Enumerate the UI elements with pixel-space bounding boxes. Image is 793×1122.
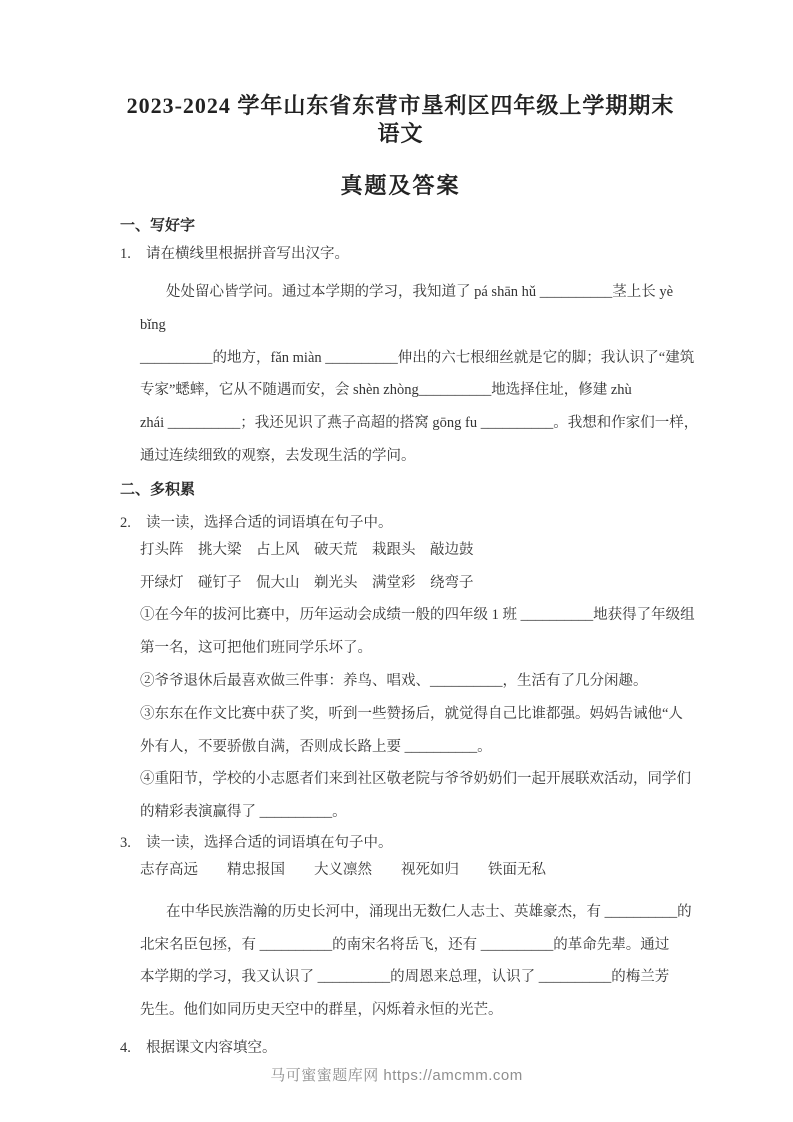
text-line: 处处留心皆学问。通过本学期的学习，我知道了 pá shān hǔ _______… — [140, 276, 681, 309]
text-line: __________的地方，fǎn miàn __________伸出的六七根细… — [140, 342, 681, 375]
text-line: ①在今年的拔河比赛中，历年运动会成绩一般的四年级 1 班 __________地… — [140, 599, 681, 632]
text-line: 外有人，不要骄傲自满，否则成长路上要 __________。 — [140, 731, 681, 764]
text-line: zhái __________；我还见识了燕子高超的搭窝 gōng fu ___… — [140, 407, 681, 440]
question-2-number: 2. — [120, 513, 146, 533]
document-body: 2023-2024 学年山东省东营市垦利区四年级上学期期末语文 真题及答案 一、… — [0, 0, 793, 1058]
text-line: ③东东在作文比赛中获了奖，听到一些赞扬后，就觉得自己比谁都强。妈妈告诫他“人 — [140, 698, 681, 731]
text-line: 的精彩表演赢得了 __________。 — [140, 796, 681, 829]
text-line: 先生。他们如同历史天空中的群星，闪烁着永恒的光芒。 — [140, 994, 681, 1027]
question-3-header: 3. 读一读，选择合适的词语填在句子中。 — [120, 833, 681, 853]
text-line: ②爷爷退休后最喜欢做三件事：养鸟、唱戏、__________，生活有了几分闲趣。 — [140, 665, 681, 698]
text-line: 北宋名臣包拯，有 __________的南宋名将岳飞，还有 __________… — [140, 929, 681, 962]
question-1-number: 1. — [120, 244, 146, 264]
text-line: 第一名，这可把他们班同学乐坏了。 — [140, 632, 681, 665]
text-line: bǐng — [140, 309, 681, 342]
question-3-content: 志存高远 精忠报国 大义凛然 视死如归 铁面无私 在中华民族浩瀚的历史长河中，涌… — [140, 854, 681, 1027]
question-3-prompt: 读一读，选择合适的词语填在句子中。 — [146, 833, 393, 853]
document-title-line2: 真题及答案 — [120, 172, 681, 200]
section-heading-1: 一、写好字 — [120, 217, 681, 235]
question-4-number: 4. — [120, 1038, 146, 1058]
question-1-passage: 处处留心皆学问。通过本学期的学习，我知道了 pá shān hǔ _______… — [140, 276, 681, 473]
text-line: 本学期的学习，我又认识了 __________的周恩来总理，认识了 ______… — [140, 961, 681, 994]
question-4-header: 4. 根据课文内容填空。 — [120, 1038, 681, 1058]
text-line: ④重阳节，学校的小志愿者们来到社区敬老院与爷爷奶奶们一起开展联欢活动，同学们 — [140, 763, 681, 796]
section-heading-2: 二、多积累 — [120, 481, 681, 499]
question-1-header: 1. 请在横线里根据拼音写出汉字。 — [120, 244, 681, 264]
word-bank-row: 志存高远 精忠报国 大义凛然 视死如归 铁面无私 — [140, 854, 681, 887]
word-bank-row: 开绿灯 碰钉子 侃大山 剃光头 满堂彩 绕弯子 — [140, 567, 681, 600]
question-1-prompt: 请在横线里根据拼音写出汉字。 — [146, 244, 349, 264]
text-line: 在中华民族浩瀚的历史长河中，涌现出无数仁人志士、英雄豪杰，有 _________… — [140, 896, 681, 929]
exam-page: 2023-2024 学年山东省东营市垦利区四年级上学期期末语文 真题及答案 一、… — [0, 0, 793, 1122]
question-2-content: 打头阵 挑大梁 占上风 破天荒 栽跟头 敲边鼓 开绿灯 碰钉子 侃大山 剃光头 … — [140, 534, 681, 829]
question-4-prompt: 根据课文内容填空。 — [146, 1038, 277, 1058]
word-bank-row: 打头阵 挑大梁 占上风 破天荒 栽跟头 敲边鼓 — [140, 534, 681, 567]
question-2-header: 2. 读一读，选择合适的词语填在句子中。 — [120, 513, 681, 533]
document-title-line1: 2023-2024 学年山东省东营市垦利区四年级上学期期末语文 — [120, 92, 681, 148]
question-2-prompt: 读一读，选择合适的词语填在句子中。 — [146, 513, 393, 533]
question-3-number: 3. — [120, 833, 146, 853]
text-line: 通过连续细致的观察，去发现生活的学问。 — [140, 440, 681, 473]
footer-watermark: 马可蜜蜜题库网 https://amcmm.com — [0, 1064, 793, 1085]
text-line: 专家”蟋蟀，它从不随遇而安，会 shèn zhòng__________地选择住… — [140, 374, 681, 407]
